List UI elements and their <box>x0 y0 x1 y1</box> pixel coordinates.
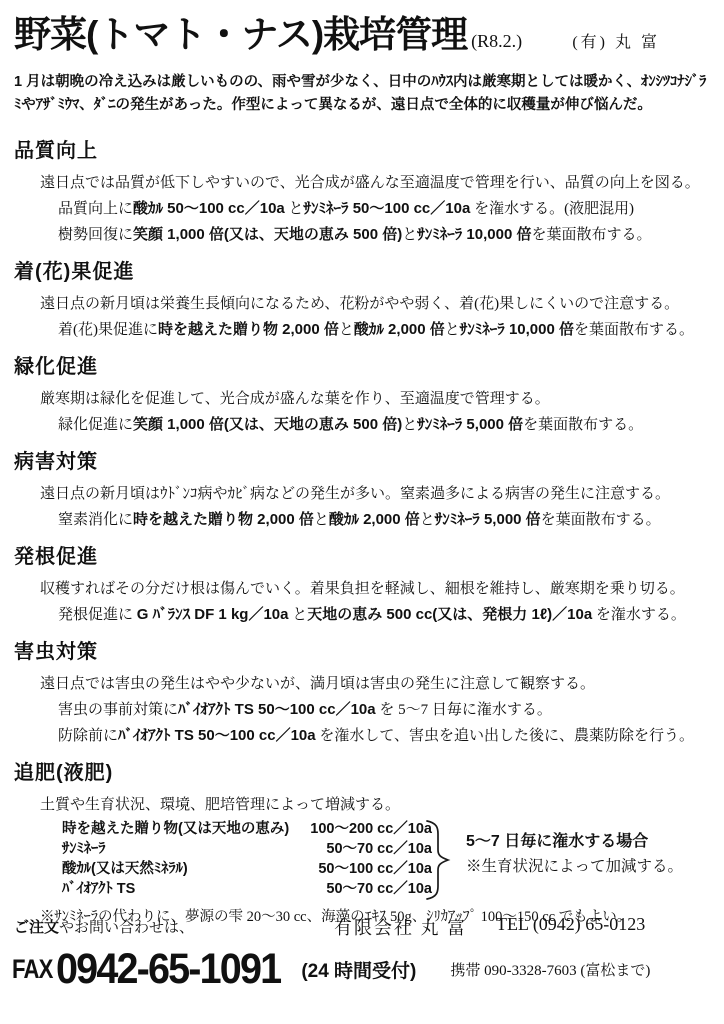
product-dosage: ﾊﾞｲｵｱｸﾄ TS 50〜100 cc／10a <box>118 727 316 744</box>
body-text: を葉面散布する。 <box>574 322 694 338</box>
fertilizer-table: 時を越えた贈り物(又は天地の恵み)100〜200 cc／10aｻﾝﾐﾈｰﾗ50〜… <box>14 819 710 903</box>
product-dosage: 笑顔 1,000 倍(又は、天地の恵み 500 倍) <box>133 226 402 243</box>
body-text: 窒素消化に <box>58 512 133 528</box>
body-text: を潅水する。(液肥混用) <box>470 201 634 217</box>
product-dosage: ｻﾝﾐﾈｰﾗ 5,000 倍 <box>435 511 541 528</box>
product-dosage: ｻﾝﾐﾈｰﾗ 10,000 倍 <box>417 226 531 243</box>
section-quality-improvement: 品質向上遠日点では品質が低下しやすいので、光合成が盛んな至適温度で管理を行い、品… <box>14 138 710 248</box>
body-text: と <box>402 417 417 433</box>
section-line: 発根促進に G ﾊﾞﾗﾝｽ DF 1 kg／10a と天地の恵み 500 cc(… <box>14 602 710 628</box>
body-text: を 5〜7 日毎に潅水する。 <box>376 702 552 718</box>
company-label: (有) 丸 富 <box>572 29 660 52</box>
section-line: 品質向上に酸ｶﾙ 50〜100 cc／10a とｻﾝﾐﾈｰﾗ 50〜100 cc… <box>14 196 710 222</box>
body-text: を葉面散布する。 <box>523 417 643 433</box>
phone-number: TEL (0942) 65-0123 <box>496 914 645 935</box>
section-heading: 病害対策 <box>14 449 710 475</box>
fertilizer-row: 酸ｶﾙ(又は天然ﾐﾈﾗﾙ)50〜100 cc／10a <box>62 859 432 879</box>
watering-schedule-note: 5〜7 日毎に潅水する場合 <box>466 829 683 854</box>
fertilizer-row: 時を越えた贈り物(又は天地の恵み)100〜200 cc／10a <box>62 819 432 839</box>
body-text: 収穫すればその分だけ根は傷んでいく。着果負担を軽減し、細根を維持し、厳寒期を乗り… <box>40 581 685 597</box>
fax-hours-note: (24 時間受付) <box>301 956 416 983</box>
body-text: と <box>402 227 417 243</box>
body-text: と <box>420 512 435 528</box>
body-text: 遠日点では害虫の発生はやや少ないが、満月頃は害虫の発生に注意して観察する。 <box>40 676 595 692</box>
intro-paragraph: 1 月は朝晩の冷え込みは厳しいものの、雨や雪が少なく、日中のﾊｳｽ内は厳寒期とし… <box>14 71 710 117</box>
fertilizer-dosage: 50〜70 cc／10a <box>326 879 432 899</box>
document-page: 野菜(トマト・ナス)栽培管理(R8.2.) (有) 丸 富 1 月は朝晩の冷え込… <box>0 0 724 1024</box>
product-dosage: 酸ｶﾙ 2,000 倍 <box>354 321 445 338</box>
body-text: 遠日点では品質が低下しやすいので、光合成が盛んな至適温度で管理を行い、品質の向上… <box>40 175 700 191</box>
product-dosage: 時を越えた贈り物 2,000 倍 <box>158 321 339 338</box>
section-line: 害虫の事前対策にﾊﾞｲｵｱｸﾄ TS 50〜100 cc／10a を 5〜7 日… <box>14 697 710 723</box>
contact-row: ご注文やお問い合わせは、 有限会社 丸 富 TEL (0942) 65-0123 <box>14 916 714 937</box>
product-dosage: 酸ｶﾙ 50〜100 cc／10a <box>133 200 285 217</box>
body-text: を葉面散布する。 <box>541 512 661 528</box>
section-heading: 品質向上 <box>14 138 710 164</box>
title-text: 野菜(トマト・ナス)栽培管理 <box>14 14 467 55</box>
body-text: 樹勢回復に <box>58 227 133 243</box>
brace-graphic <box>422 819 456 901</box>
section-line: 防除前にﾊﾞｲｵｱｸﾄ TS 50〜100 cc／10a を潅水して、害虫を追い… <box>14 723 710 749</box>
product-dosage: G ﾊﾞﾗﾝｽ DF 1 kg／10a <box>137 606 289 623</box>
fertilizer-name: 酸ｶﾙ(又は天然ﾐﾈﾗﾙ) <box>62 859 188 879</box>
section-line: 遠日点の新月頃は栄養生長傾向になるため、花粉がやや弱く、着(花)果しにくいので注… <box>14 292 710 317</box>
section-line: 緑化促進に笑顔 1,000 倍(又は、天地の恵み 500 倍)とｻﾝﾐﾈｰﾗ 5… <box>14 412 710 438</box>
body-text: 害虫の事前対策に <box>58 702 178 718</box>
section-topdressing: 追肥(液肥) 土質や生育状況、環境、肥培管理によって増減する。 時を越えた贈り物… <box>14 760 710 930</box>
document-header: 野菜(トマト・ナス)栽培管理(R8.2.) (有) 丸 富 <box>0 0 724 64</box>
body-text: と <box>285 201 304 217</box>
fertilizer-row: ｻﾝﾐﾈｰﾗ50〜70 cc／10a <box>62 839 432 859</box>
body-text: 遠日点の新月頃は栄養生長傾向になるため、花粉がやや弱く、着(花)果しにくいので注… <box>40 296 679 312</box>
body-text: と <box>288 607 307 623</box>
section-heading: 追肥(液肥) <box>14 760 710 786</box>
section-pest-control: 害虫対策遠日点では害虫の発生はやや少ないが、満月頃は害虫の発生に注意して観察する… <box>14 639 710 749</box>
body-text: を潅水する。 <box>592 607 686 623</box>
contact-text: やお問い合わせは、 <box>59 920 194 936</box>
product-dosage: 酸ｶﾙ 2,000 倍 <box>329 511 420 528</box>
fax-row: FAX 0942-65-1091 (24 時間受付) 携帯 090-3328-7… <box>12 946 650 992</box>
body-text: 着(花)果促進に <box>58 322 158 338</box>
body-text: と <box>445 322 460 338</box>
section-line: 厳寒期は緑化を促進して、光合成が盛んな葉を作り、至適温度で管理する。 <box>14 387 710 412</box>
fertilizer-name: ｻﾝﾐﾈｰﾗ <box>62 839 106 859</box>
adjustment-note: ※生育状況によって加減する。 <box>466 854 683 879</box>
fertilizer-dosage: 50〜100 cc／10a <box>318 859 432 879</box>
section-fruit-set-promotion: 着(花)果促進遠日点の新月頃は栄養生長傾向になるため、花粉がやや弱く、着(花)果… <box>14 259 710 343</box>
section-line: 着(花)果促進に時を越えた贈り物 2,000 倍と酸ｶﾙ 2,000 倍とｻﾝﾐ… <box>14 317 710 343</box>
product-dosage: ｻﾝﾐﾈｰﾗ 50〜100 cc／10a <box>304 200 471 217</box>
section-line: 樹勢回復に笑顔 1,000 倍(又は、天地の恵み 500 倍)とｻﾝﾐﾈｰﾗ 1… <box>14 222 710 248</box>
body-text: 遠日点の新月頃はｳﾄﾞﾝｺ病やｶﾋﾞ病などの発生が多い。窒素過多による病害の発生… <box>40 486 670 502</box>
section-line: 収穫すればその分だけ根は傷んでいく。着果負担を軽減し、細根を維持し、厳寒期を乗り… <box>14 577 710 602</box>
product-dosage: ﾊﾞｲｵｱｸﾄ TS 50〜100 cc／10a <box>178 701 376 718</box>
section-heading: 害虫対策 <box>14 639 710 665</box>
fax-number: 0942-65-1091 <box>56 946 280 992</box>
body-text: 発根促進に <box>58 607 137 623</box>
body-text: 品質向上に <box>58 201 133 217</box>
fertilizer-name: ﾊﾞｲｵｱｸﾄ TS <box>62 879 135 899</box>
order-label: ご注文 <box>14 919 59 936</box>
fertilizer-dosage: 50〜70 cc／10a <box>326 839 432 859</box>
section-line: 土質や生育状況、環境、肥培管理によって増減する。 <box>14 793 710 818</box>
company-name: 有限会社 丸 富 <box>334 914 467 940</box>
section-greening-promotion: 緑化促進厳寒期は緑化を促進して、光合成が盛んな葉を作り、至適温度で管理する。緑化… <box>14 354 710 438</box>
product-dosage: 時を越えた贈り物 2,000 倍 <box>133 511 314 528</box>
product-dosage: ｻﾝﾐﾈｰﾗ 10,000 倍 <box>460 321 574 338</box>
fertilizer-name: 時を越えた贈り物(又は天地の恵み) <box>62 819 289 839</box>
section-line: 遠日点では害虫の発生はやや少ないが、満月頃は害虫の発生に注意して観察する。 <box>14 672 710 697</box>
product-dosage: ｻﾝﾐﾈｰﾗ 5,000 倍 <box>417 416 523 433</box>
fertilizer-row: ﾊﾞｲｵｱｸﾄ TS50〜70 cc／10a <box>62 879 432 899</box>
section-line: 窒素消化に時を越えた贈り物 2,000 倍と酸ｶﾙ 2,000 倍とｻﾝﾐﾈｰﾗ… <box>14 507 710 533</box>
body-text: 緑化促進に <box>58 417 133 433</box>
sections-container: 品質向上遠日点では品質が低下しやすいので、光合成が盛んな至適温度で管理を行い、品… <box>0 138 724 749</box>
body-text: と <box>339 322 354 338</box>
fax-label: FAX <box>12 954 53 985</box>
brace-note: 5〜7 日毎に潅水する場合 ※生育状況によって加減する。 <box>466 829 683 879</box>
section-line: 遠日点の新月頃はｳﾄﾞﾝｺ病やｶﾋﾞ病などの発生が多い。窒素過多による病害の発生… <box>14 482 710 507</box>
mobile-number: 携帯 090-3328-7603 (富松まで) <box>450 959 650 980</box>
body-text: を潅水して、害虫を追い出した後に、農薬防除を行う。 <box>316 728 694 744</box>
product-dosage: 天地の恵み 500 cc(又は、発根力 1ℓ)／10a <box>307 606 592 623</box>
section-heading: 発根促進 <box>14 544 710 570</box>
section-disease-control: 病害対策遠日点の新月頃はｳﾄﾞﾝｺ病やｶﾋﾞ病などの発生が多い。窒素過多による病… <box>14 449 710 533</box>
section-rooting-promotion: 発根促進収穫すればその分だけ根は傷んでいく。着果負担を軽減し、細根を維持し、厳寒… <box>14 544 710 628</box>
product-dosage: 笑顔 1,000 倍(又は、天地の恵み 500 倍) <box>133 416 402 433</box>
body-text: を葉面散布する。 <box>531 227 651 243</box>
section-heading: 着(花)果促進 <box>14 259 710 285</box>
fertilizer-dosage: 100〜200 cc／10a <box>310 819 432 839</box>
page-title: 野菜(トマト・ナス)栽培管理(R8.2.) <box>14 12 522 64</box>
body-text: と <box>314 512 329 528</box>
body-text: 防除前に <box>58 728 118 744</box>
section-heading: 緑化促進 <box>14 354 710 380</box>
section-line: 遠日点では品質が低下しやすいので、光合成が盛んな至適温度で管理を行い、品質の向上… <box>14 171 710 196</box>
body-text: 厳寒期は緑化を促進して、光合成が盛んな葉を作り、至適温度で管理する。 <box>40 391 550 407</box>
revision-label: (R8.2.) <box>471 31 522 51</box>
